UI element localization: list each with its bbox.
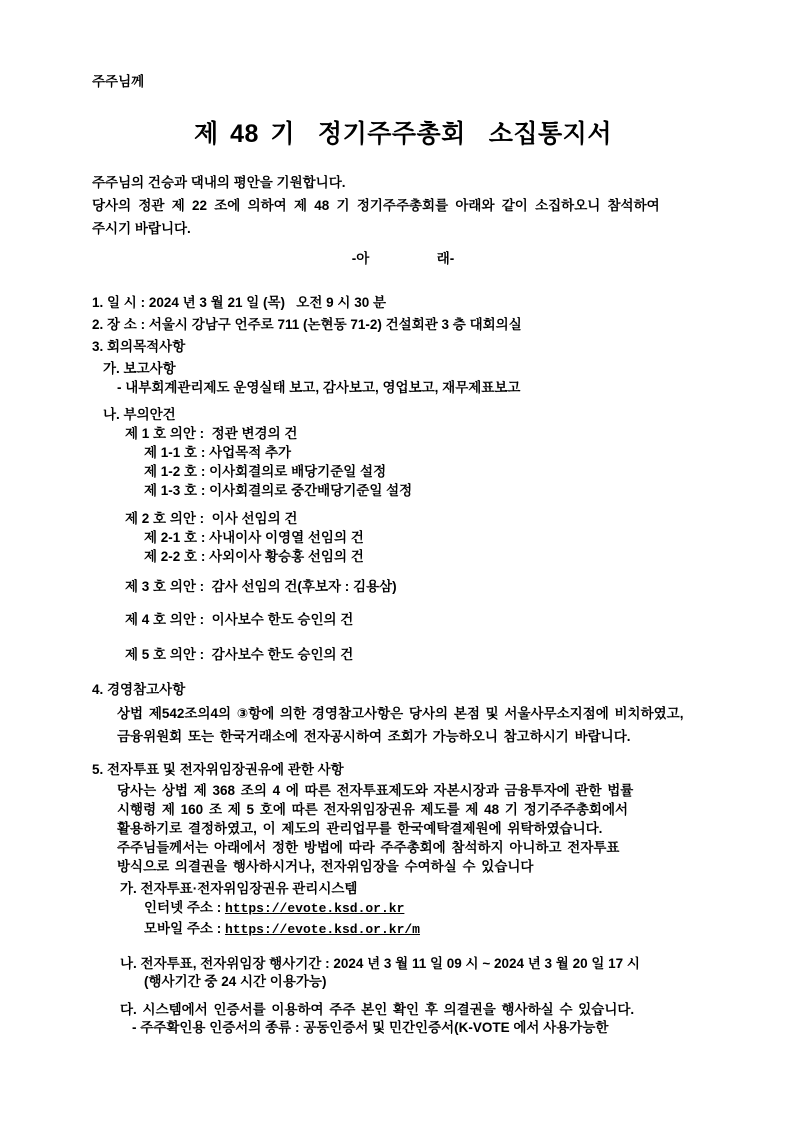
internet-address-line: 인터넷 주소 : https://evote.ksd.or.kr — [144, 898, 714, 919]
agenda-subitem-1-1: 제 1-1 호 : 사업목적 추가 — [144, 443, 714, 462]
evote-section-heading: 5. 전자투표 및 전자위임장권유에 관한 사항 — [92, 760, 714, 779]
mobile-address-label: 모바일 주소 : — [144, 921, 225, 936]
voting-period-line: 나. 전자투표, 전자위임장 행사기간 : 2024 년 3 월 11 일 09… — [120, 954, 714, 973]
evote-body-line-5: 방식으로 의결권을 행사하시거나, 전자위임장을 수여하실 수 있습니다 — [117, 857, 714, 876]
agenda-subitem-1-3: 제 1-3 호 : 이사회결의로 중간배당기준일 설정 — [144, 481, 714, 500]
agenda-item-1: 제 1 호 의안 : 정관 변경의 건 — [125, 424, 714, 443]
agenda-heading: 나. 부의안건 — [103, 405, 714, 424]
evote-body-line-1: 당사는 상법 제 368 조의 4 에 따른 전자투표제도와 자본시장과 금융투… — [117, 781, 714, 800]
notice-document: 주주님께 제 48 기 정기주주총회 소집통지서 주주님의 건승과 댁내의 평안… — [0, 0, 794, 1123]
intro-line-1: 주주님의 건승과 댁내의 평안을 기원합니다. — [92, 171, 714, 194]
venue-line: 2. 장 소 : 서울시 강남구 언주로 711 (논현동 71-2) 건설회관… — [92, 314, 714, 336]
agenda-item-4: 제 4 호 의안 : 이사보수 한도 승인의 건 — [125, 610, 714, 629]
report-heading: 가. 보고사항 — [103, 359, 714, 378]
internet-address-label: 인터넷 주소 : — [144, 900, 225, 915]
internet-url-link[interactable]: https://evote.ksd.or.kr — [225, 901, 404, 916]
agenda-subitem-1-2: 제 1-2 호 : 이사회결의로 배당기준일 설정 — [144, 462, 714, 481]
evote-system-heading: 가. 전자투표·전자위임장권유 관리시스템 — [120, 879, 714, 898]
below-divider: -아 래- — [92, 249, 714, 268]
auth-line: 다. 시스템에서 인증서를 이용하여 주주 본인 확인 후 의결권을 행사하실 … — [120, 1000, 714, 1019]
mobile-url-link[interactable]: https://evote.ksd.or.kr/m — [225, 922, 420, 937]
agenda-item-5: 제 5 호 의안 : 감사보수 한도 승인의 건 — [125, 645, 714, 664]
agenda-subitem-2-1: 제 2-1 호 : 사내이사 이영열 선임의 건 — [144, 528, 714, 547]
date-line: 1. 일 시 : 2024 년 3 월 21 일 (목) 오전 9 시 30 분 — [92, 292, 714, 314]
evote-body-line-3: 활용하기로 결정하였고, 이 제도의 관리업무를 한국예탁결제원에 위탁하였습니… — [117, 819, 714, 838]
agenda-item-3: 제 3 호 의안 : 감사 선임의 건(후보자 : 김용삼) — [125, 577, 714, 596]
mobile-address-line: 모바일 주소 : https://evote.ksd.or.kr/m — [144, 919, 714, 940]
voting-period-note: (행사기간 중 24 시간 이용가능) — [144, 973, 714, 991]
intro-line-3: 주시기 바랍니다. — [92, 217, 714, 240]
management-ref-heading: 4. 경영참고사항 — [92, 680, 714, 699]
auth-note: - 주주확인용 인증서의 종류 : 공동인증서 및 민간인증서(K-VOTE 에… — [132, 1019, 714, 1037]
management-ref-body-1: 상법 제542조의4의 ③항에 의한 경영참고사항은 당사의 본점 및 서울사무… — [117, 702, 714, 725]
agenda-subitem-2-2: 제 2-2 호 : 사외이사 황승홍 선임의 건 — [144, 547, 714, 566]
salutation: 주주님께 — [92, 72, 714, 91]
evote-body-line-2: 시행령 제 160 조 제 5 호에 따른 전자위임장권유 제도를 제 48 기… — [117, 800, 714, 819]
intro-line-2: 당사의 정관 제 22 조에 의하여 제 48 기 정기주주총회를 아래와 같이… — [92, 194, 714, 217]
page-title: 제 48 기 정기주주총회 소집통지서 — [92, 117, 714, 151]
purpose-heading: 3. 회의목적사항 — [92, 336, 714, 358]
agenda-item-2: 제 2 호 의안 : 이사 선임의 건 — [125, 509, 714, 528]
report-item: - 내부회계관리제도 운영실태 보고, 감사보고, 영업보고, 재무제표보고 — [117, 378, 714, 397]
evote-body-line-4: 주주님들께서는 아래에서 정한 방법에 따라 주주총회에 참석하지 아니하고 전… — [117, 838, 714, 857]
management-ref-body-2: 금융위원회 또는 한국거래소에 전자공시하여 조회가 가능하오니 참고하시기 바… — [117, 725, 714, 748]
